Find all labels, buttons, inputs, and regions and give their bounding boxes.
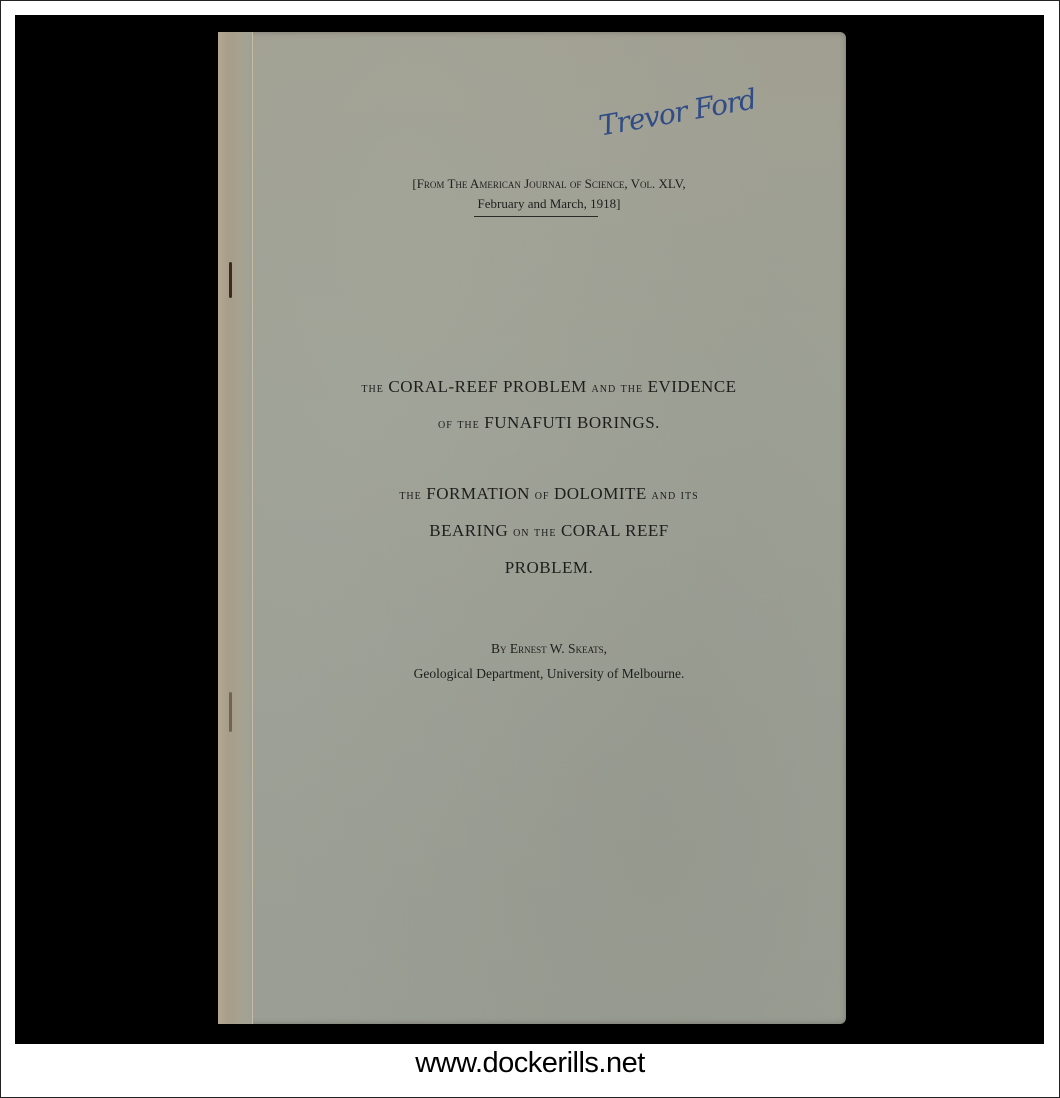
title-2-line: BEARING on the CORAL REEF — [252, 513, 846, 550]
title-caps-run: FUNAFUTI BORINGS. — [484, 413, 660, 432]
title-1-line: The CORAL-REEF PROBLEM and the EVIDENCE — [252, 370, 846, 406]
title-1-line: of the FUNAFUTI BORINGS. — [252, 406, 846, 442]
title-2-line: The FORMATION of DOLOMITE and its — [252, 476, 846, 513]
source-line-1: [From The American Journal of Science, V… — [252, 174, 846, 194]
pamphlet-spine — [218, 32, 253, 1024]
title-formation-of-dolomite: The FORMATION of DOLOMITE and its BEARIN… — [252, 476, 846, 585]
author-name: By Ernest W. Skeats, — [252, 636, 846, 661]
source-underline — [474, 216, 598, 217]
title-small-caps-run: of — [535, 488, 554, 503]
pamphlet-cover: Trevor Ford [From The American Journal o… — [218, 32, 846, 1024]
title-caps-run: CORAL-REEF PROBLEM — [388, 377, 591, 396]
title-small-caps-run: on the — [513, 525, 561, 540]
title-2-line: PROBLEM. — [252, 550, 846, 585]
source-citation: [From The American Journal of Science, V… — [252, 174, 846, 214]
staple-mark — [229, 262, 232, 298]
title-small-caps-run: The — [399, 488, 426, 503]
title-small-caps-run: of the — [438, 417, 484, 432]
title-caps-run: PROBLEM. — [505, 558, 594, 577]
handwritten-signature: Trevor Ford — [596, 82, 758, 142]
source-line-2: February and March, 1918] — [252, 194, 846, 214]
title-caps-run: BEARING — [429, 521, 513, 540]
author-affiliation: Geological Department, University of Mel… — [252, 661, 846, 686]
title-small-caps-run: and its — [652, 488, 699, 503]
website-watermark: www.dockerills.net — [0, 1047, 1060, 1080]
title-coral-reef-problem: The CORAL-REEF PROBLEM and the EVIDENCE … — [252, 370, 846, 442]
staple-mark — [229, 692, 232, 732]
title-caps-run: CORAL REEF — [561, 521, 669, 540]
title-caps-run: FORMATION — [426, 484, 534, 503]
title-caps-run: EVIDENCE — [648, 377, 737, 396]
title-small-caps-run: and the — [592, 381, 648, 396]
title-small-caps-run: The — [361, 381, 388, 396]
author-block: By Ernest W. Skeats, Geological Departme… — [252, 636, 846, 686]
title-caps-run: DOLOMITE — [554, 484, 652, 503]
